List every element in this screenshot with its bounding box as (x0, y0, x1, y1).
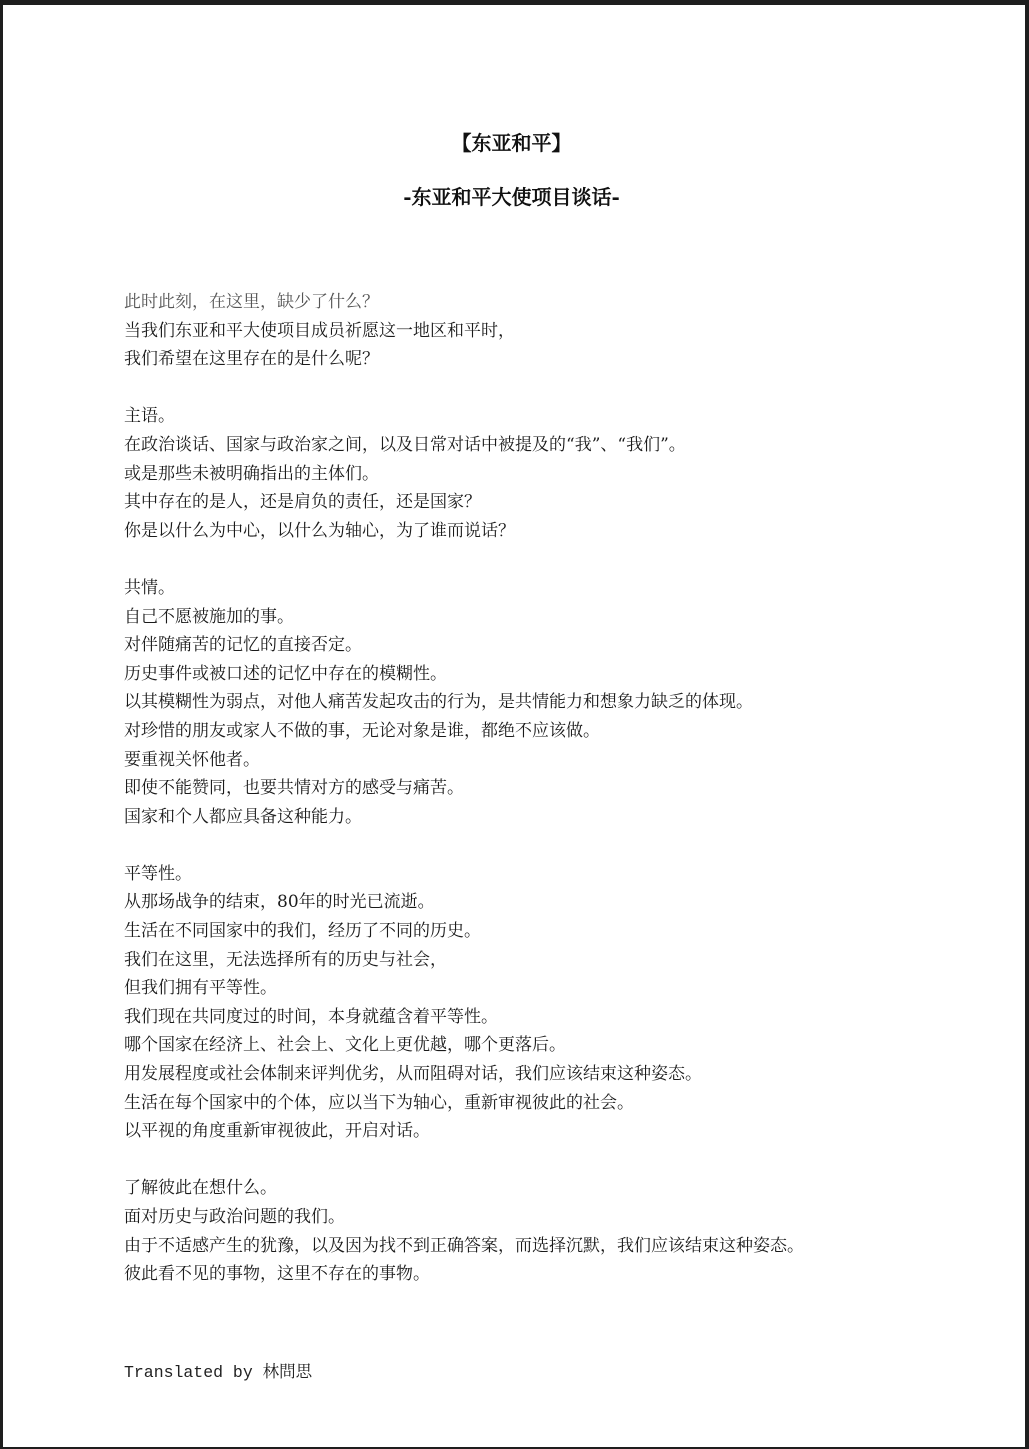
translator-credit: Translated by 林問思 (124, 1358, 312, 1382)
section-heading: 了解彼此在想什么。 (124, 1174, 1004, 1203)
paragraph-line: 以其模糊性为弱点，对他人痛苦发起攻击的行为，是共情能力和想象力缺乏的体现。 (124, 688, 1004, 717)
paragraph-line: 但我们拥有平等性。 (124, 974, 1004, 1003)
section-heading: 主语。 (124, 402, 1004, 431)
paragraph-line: 我们现在共同度过的时间，本身就蕴含着平等性。 (124, 1003, 1004, 1032)
section-understanding: 了解彼此在想什么。 面对历史与政治问题的我们。 由于不适感产生的犹豫，以及因为找… (124, 1174, 1004, 1288)
paragraph-line: 面对历史与政治问题的我们。 (124, 1203, 1004, 1232)
paragraph-line: 对伴随痛苦的记忆的直接否定。 (124, 631, 1004, 660)
paragraph-line: 或是那些未被明确指出的主体们。 (124, 460, 1004, 489)
document-title: 【东亚和平】 (0, 127, 1026, 156)
paragraph-line: 哪个国家在经济上、社会上、文化上更优越，哪个更落后。 (124, 1031, 1004, 1060)
section-empathy: 共情。 自己不愿被施加的事。 对伴随痛苦的记忆的直接否定。 历史事件或被口述的记… (124, 574, 1004, 831)
paragraph-line: 对珍惜的朋友或家人不做的事，无论对象是谁，都绝不应该做。 (124, 717, 1004, 746)
section-heading: 平等性。 (124, 860, 1004, 889)
paragraph-line: 历史事件或被口述的记忆中存在的模糊性。 (124, 660, 1004, 689)
paragraph-line: 自己不愿被施加的事。 (124, 603, 1004, 632)
paragraph-line: 在政治谈话、国家与政治家之间，以及日常对话中被提及的“我”、“我们”。 (124, 431, 1004, 460)
paragraph-line: 用发展程度或社会体制来评判优劣，从而阻碍对话，我们应该结束这种姿态。 (124, 1060, 1004, 1089)
paragraph-line: 从那场战争的结束，80年的时光已流逝。 (124, 888, 1004, 917)
document-body: 此时此刻，在这里，缺少了什么？ 当我们东亚和平大使项目成员祈愿这一地区和平时， … (124, 288, 1004, 1289)
paragraph-line: 以平视的角度重新审视彼此，开启对话。 (124, 1117, 1004, 1146)
paragraph-line: 由于不适感产生的犹豫，以及因为找不到正确答案，而选择沉默，我们应该结束这种姿态。 (124, 1232, 1004, 1261)
paragraph-line: 生活在不同国家中的我们，经历了不同的历史。 (124, 917, 1004, 946)
paragraph-line: 彼此看不见的事物，这里不存在的事物。 (124, 1260, 1004, 1289)
document-subtitle: -东亚和平大使项目谈话- (0, 181, 1026, 210)
paragraph-line: 要重视关怀他者。 (124, 746, 1004, 775)
intro-line: 我们希望在这里存在的是什么呢？ (124, 345, 1004, 374)
section-equality: 平等性。 从那场战争的结束，80年的时光已流逝。 生活在不同国家中的我们，经历了… (124, 860, 1004, 1146)
intro-line: 当我们东亚和平大使项目成员祈愿这一地区和平时， (124, 317, 1004, 346)
paragraph-line: 国家和个人都应具备这种能力。 (124, 803, 1004, 832)
section-subject: 主语。 在政治谈话、国家与政治家之间，以及日常对话中被提及的“我”、“我们”。 … (124, 402, 1004, 545)
paragraph-line: 我们在这里，无法选择所有的历史与社会， (124, 946, 1004, 975)
intro-block: 此时此刻，在这里，缺少了什么？ 当我们东亚和平大使项目成员祈愿这一地区和平时， … (124, 288, 1004, 374)
intro-question: 此时此刻，在这里，缺少了什么？ (124, 288, 1004, 317)
paragraph-line: 其中存在的是人，还是肩负的责任，还是国家？ (124, 488, 1004, 517)
section-heading: 共情。 (124, 574, 1004, 603)
paragraph-line: 你是以什么为中心，以什么为轴心，为了谁而说话？ (124, 517, 1004, 546)
paragraph-line: 生活在每个国家中的个体，应以当下为轴心，重新审视彼此的社会。 (124, 1089, 1004, 1118)
paragraph-line: 即使不能赞同，也要共情对方的感受与痛苦。 (124, 774, 1004, 803)
